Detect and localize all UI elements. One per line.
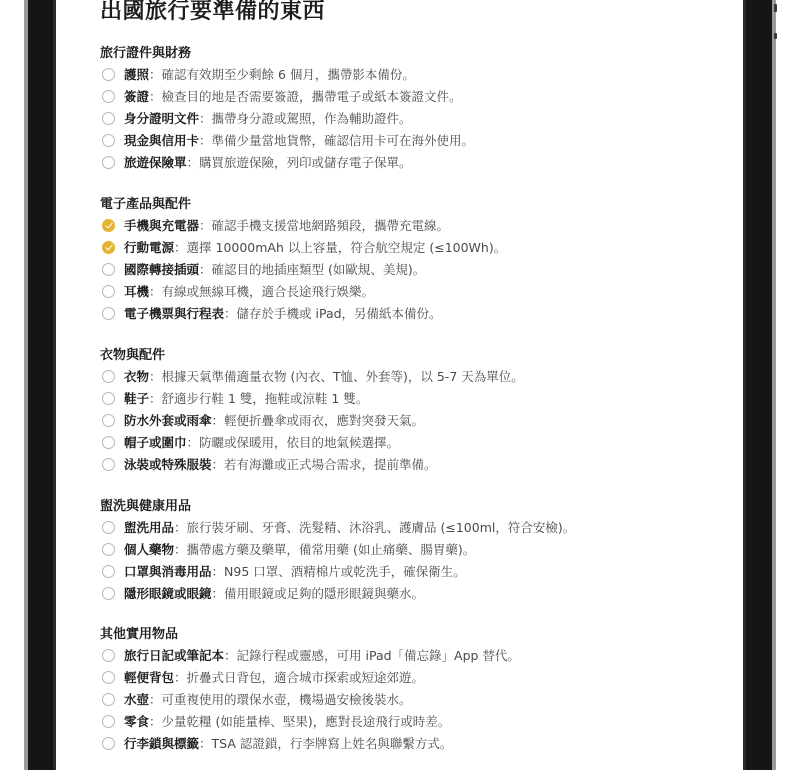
checkbox-circle-icon[interactable] [102, 565, 115, 578]
checkbox-circle-icon[interactable] [102, 521, 115, 534]
checkbox-circle-icon[interactable] [102, 693, 115, 706]
checkbox-circle-icon[interactable] [102, 285, 115, 298]
checkbox-circle-icon[interactable] [102, 90, 115, 103]
item-description: ：可重複使用的環保水壺，機場過安檢後裝水。 [149, 692, 412, 707]
checkbox-circle-icon[interactable] [102, 543, 115, 556]
item-label: 身分證明文件 [124, 111, 199, 126]
checkbox-circle-icon[interactable] [102, 649, 115, 662]
checklist-item[interactable]: 泳裝或特殊服裝：若有海灘或正式場合需求，提前準備。 [100, 453, 524, 475]
checklist-item[interactable]: 口罩與消毒用品：N95 口罩、酒精棉片或乾洗手，確保衛生。 [100, 560, 575, 582]
section-heading: 其他實用物品 [100, 625, 520, 644]
item-description: ：購買旅遊保險，列印或儲存電子保單。 [187, 155, 412, 170]
item-description: ：若有海灘或正式場合需求，提前準備。 [212, 457, 437, 472]
item-label: 護照 [124, 67, 149, 82]
item-label: 輕便背包 [124, 670, 174, 685]
checklist-item[interactable]: 耳機：有線或無線耳機，適合長途飛行娛樂。 [100, 280, 506, 302]
item-description: ：檢查目的地是否需要簽證，攜帶電子或紙本簽證文件。 [149, 89, 462, 104]
checklist-section-electronics: 電子產品與配件 手機與充電器：確認手機支援當地網路頻段，攜帶充電線。 行動電源：… [100, 195, 506, 324]
checklist-item[interactable]: 個人藥物：攜帶處方藥及藥單，備常用藥 (如止痛藥、腸胃藥)。 [100, 538, 575, 560]
item-description: ：攜帶處方藥及藥單，備常用藥 (如止痛藥、腸胃藥)。 [174, 542, 475, 557]
checklist-item[interactable]: 簽證：檢查目的地是否需要簽證，攜帶電子或紙本簽證文件。 [100, 85, 474, 107]
item-label: 盥洗用品 [124, 520, 174, 535]
item-label: 帽子或圍巾 [124, 435, 187, 450]
volume-button [774, 4, 777, 12]
checklist-item[interactable]: 行李鎖與標籤：TSA 認證鎖，行李牌寫上姓名與聯繫方式。 [100, 732, 520, 754]
device-bezel-right-inner [743, 0, 746, 770]
item-description: ：TSA 認證鎖，行李牌寫上姓名與聯繫方式。 [199, 736, 452, 751]
volume-button [774, 33, 777, 39]
checkbox-circle-icon[interactable] [102, 134, 115, 147]
checkbox-circle-icon[interactable] [102, 263, 115, 276]
checkbox-circle-icon[interactable] [102, 715, 115, 728]
item-description: ：記錄行程或靈感，可用 iPad「備忘錄」App 替代。 [224, 648, 520, 663]
notes-screen: 出國旅行要準備的東西 旅行證件與財務 護照：確認有效期至少剩餘 6 個月，攜帶影… [56, 0, 743, 770]
checklist-item[interactable]: 防水外套或雨傘：輕便折疊傘或雨衣，應對突發天氣。 [100, 409, 524, 431]
item-label: 泳裝或特殊服裝 [124, 457, 212, 472]
item-description: ：輕便折疊傘或雨衣，應對突發天氣。 [212, 413, 425, 428]
checklist-item[interactable]: 鞋子：舒適步行鞋 1 雙，拖鞋或涼鞋 1 雙。 [100, 387, 524, 409]
checklist-item[interactable]: 手機與充電器：確認手機支援當地網路頻段，攜帶充電線。 [100, 214, 506, 236]
item-label: 旅行日記或筆記本 [124, 648, 224, 663]
checklist-item[interactable]: 現金與信用卡：準備少量當地貨幣，確認信用卡可在海外使用。 [100, 129, 474, 151]
checkbox-circle-icon[interactable] [102, 587, 115, 600]
item-label: 行動電源 [124, 240, 174, 255]
checklist-section-clothing: 衣物與配件 衣物：根據天氣準備適量衣物 (內衣、T恤、外套等)，以 5-7 天為… [100, 346, 524, 475]
checklist-item[interactable]: 行動電源：選擇 10000mAh 以上容量，符合航空規定 (≤100Wh)。 [100, 236, 506, 258]
note-title[interactable]: 出國旅行要準備的東西 [100, 0, 325, 25]
item-description: ：舒適步行鞋 1 雙，拖鞋或涼鞋 1 雙。 [149, 391, 368, 406]
item-description: ：儲存於手機或 iPad，另備紙本備份。 [224, 306, 442, 321]
checkbox-circle-icon[interactable] [102, 370, 115, 383]
checklist-item[interactable]: 旅遊保險單：購買旅遊保險，列印或儲存電子保單。 [100, 151, 474, 173]
checkmark-circle-filled-icon[interactable] [102, 241, 115, 254]
checklist-item[interactable]: 身分證明文件：攜帶身分證或駕照，作為輔助證件。 [100, 107, 474, 129]
checkmark-circle-filled-icon[interactable] [102, 219, 115, 232]
item-label: 簽證 [124, 89, 149, 104]
item-label: 水壺 [124, 692, 149, 707]
checklist-item[interactable]: 旅行日記或筆記本：記錄行程或靈感，可用 iPad「備忘錄」App 替代。 [100, 644, 520, 666]
item-description: ：確認有效期至少剩餘 6 個月，攜帶影本備份。 [149, 67, 415, 82]
item-description: ：準備少量當地貨幣，確認信用卡可在海外使用。 [199, 133, 474, 148]
checklist-section-toiletries: 盥洗與健康用品 盥洗用品：旅行裝牙刷、牙膏、洗髮精、沐浴乳、護膚品 (≤100m… [100, 497, 575, 604]
device-frame-right-edge [772, 0, 776, 770]
checklist-item[interactable]: 水壺：可重複使用的環保水壺，機場過安檢後裝水。 [100, 688, 520, 710]
checkbox-circle-icon[interactable] [102, 392, 115, 405]
checklist-item[interactable]: 帽子或圍巾：防曬或保暖用，依目的地氣候選擇。 [100, 431, 524, 453]
checklist-item[interactable]: 隱形眼鏡或眼鏡：備用眼鏡或足夠的隱形眼鏡與藥水。 [100, 582, 575, 604]
checkbox-circle-icon[interactable] [102, 737, 115, 750]
checklist-item[interactable]: 國際轉接插頭：確認目的地插座類型 (如歐規、美規)。 [100, 258, 506, 280]
item-description: ：根據天氣準備適量衣物 (內衣、T恤、外套等)，以 5-7 天為單位。 [149, 369, 524, 384]
item-description: ：防曬或保暖用，依目的地氣候選擇。 [187, 435, 400, 450]
item-label: 零食 [124, 714, 149, 729]
device-bezel-left [28, 0, 56, 770]
checklist-item[interactable]: 衣物：根據天氣準備適量衣物 (內衣、T恤、外套等)，以 5-7 天為單位。 [100, 365, 524, 387]
checkbox-circle-icon[interactable] [102, 68, 115, 81]
item-label: 耳機 [124, 284, 149, 299]
checkbox-circle-icon[interactable] [102, 458, 115, 471]
item-label: 手機與充電器 [124, 218, 199, 233]
checklist-item[interactable]: 零食：少量乾糧 (如能量棒、堅果)，應對長途飛行或時差。 [100, 710, 520, 732]
checklist-section-documents: 旅行證件與財務 護照：確認有效期至少剩餘 6 個月，攜帶影本備份。 簽證：檢查目… [100, 44, 474, 173]
checkbox-circle-icon[interactable] [102, 671, 115, 684]
item-description: ：折疊式日背包，適合城市探索或短途郊遊。 [174, 670, 424, 685]
item-description: ：有線或無線耳機，適合長途飛行娛樂。 [149, 284, 374, 299]
item-label: 口罩與消毒用品 [124, 564, 212, 579]
item-label: 防水外套或雨傘 [124, 413, 212, 428]
section-heading: 衣物與配件 [100, 346, 524, 365]
checkbox-circle-icon[interactable] [102, 436, 115, 449]
checklist-section-misc: 其他實用物品 旅行日記或筆記本：記錄行程或靈感，可用 iPad「備忘錄」App … [100, 625, 520, 754]
checkbox-circle-icon[interactable] [102, 307, 115, 320]
item-label: 行李鎖與標籤 [124, 736, 199, 751]
checklist-item[interactable]: 盥洗用品：旅行裝牙刷、牙膏、洗髮精、沐浴乳、護膚品 (≤100ml，符合安檢)。 [100, 516, 575, 538]
checklist-item[interactable]: 輕便背包：折疊式日背包，適合城市探索或短途郊遊。 [100, 666, 520, 688]
item-description: ：確認手機支援當地網路頻段，攜帶充電線。 [199, 218, 449, 233]
section-heading: 電子產品與配件 [100, 195, 506, 214]
item-description: ：確認目的地插座類型 (如歐規、美規)。 [199, 262, 425, 277]
item-description: ：旅行裝牙刷、牙膏、洗髮精、沐浴乳、護膚品 (≤100ml，符合安檢)。 [174, 520, 575, 535]
section-heading: 盥洗與健康用品 [100, 497, 575, 516]
item-label: 鞋子 [124, 391, 149, 406]
checkbox-circle-icon[interactable] [102, 156, 115, 169]
item-description: ：少量乾糧 (如能量棒、堅果)，應對長途飛行或時差。 [149, 714, 450, 729]
device-bezel-right [743, 0, 773, 770]
item-description: ：N95 口罩、酒精棉片或乾洗手，確保衛生。 [212, 564, 466, 579]
item-description: ：選擇 10000mAh 以上容量，符合航空規定 (≤100Wh)。 [174, 240, 506, 255]
item-description: ：備用眼鏡或足夠的隱形眼鏡與藥水。 [212, 586, 425, 601]
item-label: 電子機票與行程表 [124, 306, 224, 321]
item-label: 衣物 [124, 369, 149, 384]
item-label: 現金與信用卡 [124, 133, 199, 148]
section-heading: 旅行證件與財務 [100, 44, 474, 63]
checklist-item[interactable]: 護照：確認有效期至少剩餘 6 個月，攜帶影本備份。 [100, 63, 474, 85]
item-label: 旅遊保險單 [124, 155, 187, 170]
item-label: 個人藥物 [124, 542, 174, 557]
item-label: 國際轉接插頭 [124, 262, 199, 277]
checkbox-circle-icon[interactable] [102, 414, 115, 427]
item-label: 隱形眼鏡或眼鏡 [124, 586, 212, 601]
checkbox-circle-icon[interactable] [102, 112, 115, 125]
item-description: ：攜帶身分證或駕照，作為輔助證件。 [199, 111, 412, 126]
checklist-item[interactable]: 電子機票與行程表：儲存於手機或 iPad，另備紙本備份。 [100, 302, 506, 324]
